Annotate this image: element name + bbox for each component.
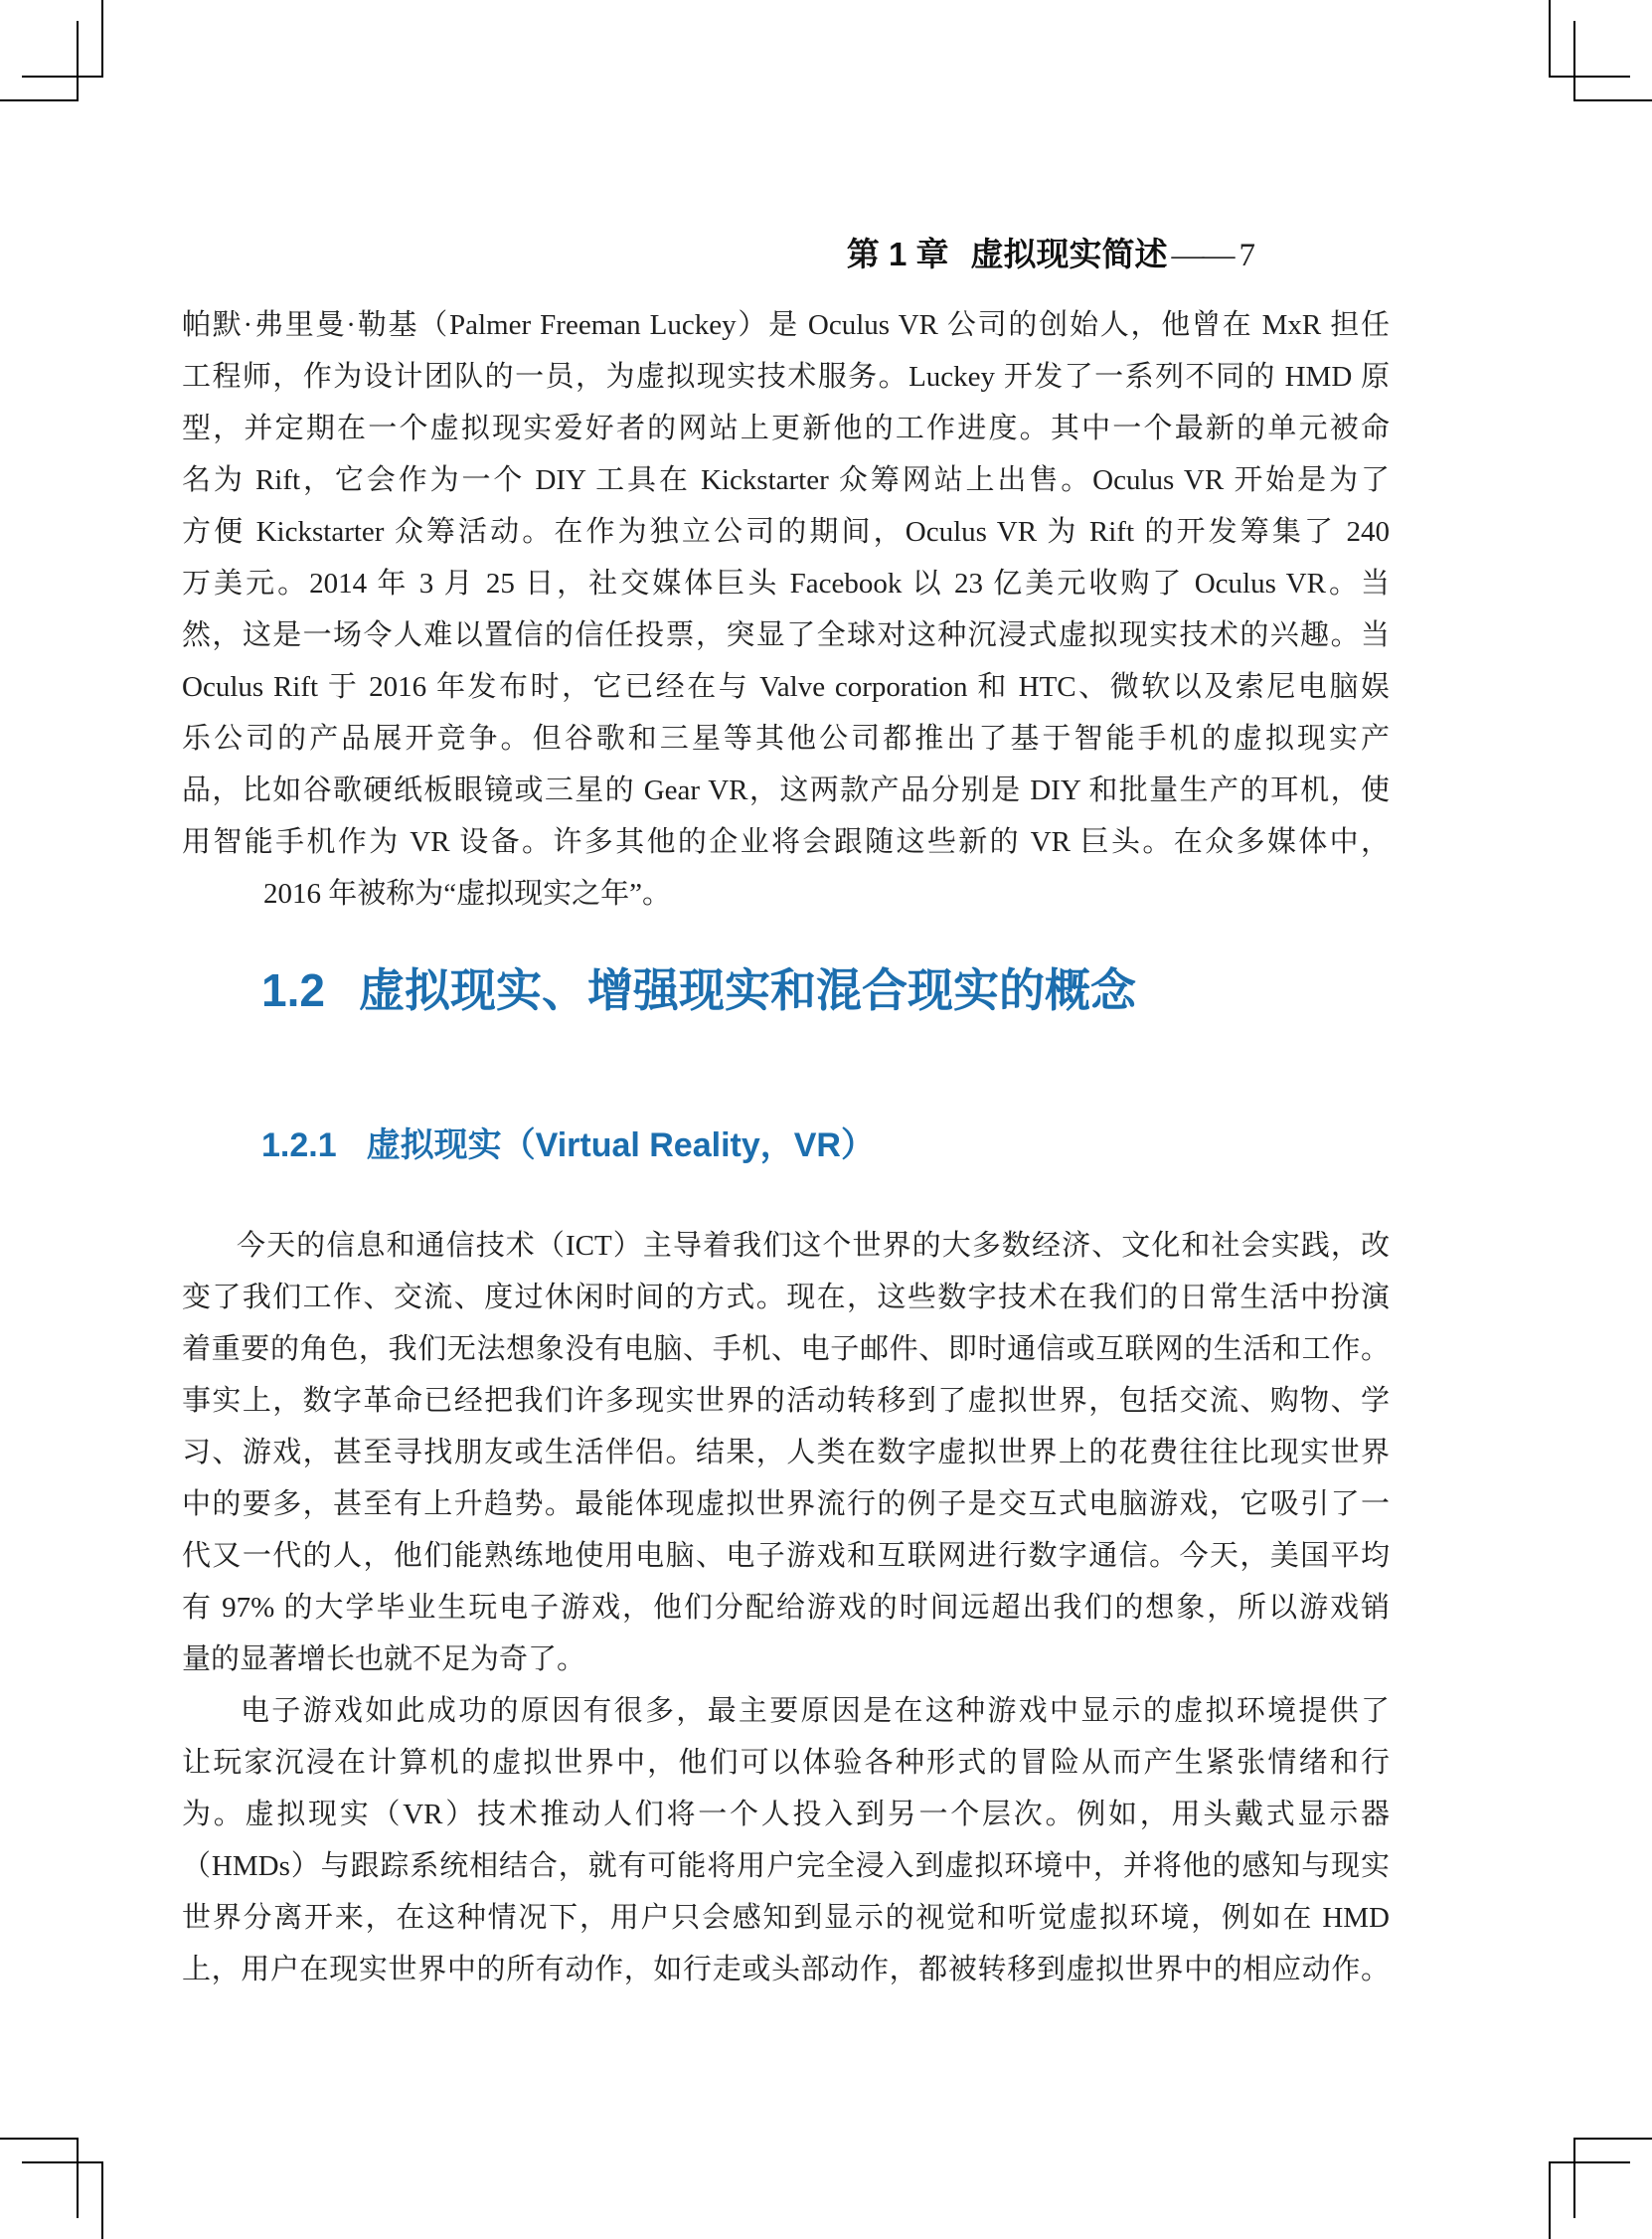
text-line: 然，这是一场令人难以置信的信任投票，突显了全球对这种沉浸式虚拟现实技术的兴趣。当 xyxy=(182,609,1390,661)
text-line: 有 97% 的大学毕业生玩电子游戏，他们分配给游戏的时间远超出我们的想象，所以游… xyxy=(182,1582,1390,1634)
text-line: 上，用户在现实世界中的所有动作，如行走或头部动作，都被转移到虚拟世界中的相应动作… xyxy=(182,1944,1390,1995)
subsection-title: 虚拟现实（Virtual Reality，VR） xyxy=(367,1126,875,1164)
section-heading: 1.2虚拟现实、增强现实和混合现实的概念 xyxy=(261,960,1136,1020)
text-line: （HMDs）与跟踪系统相结合，就有可能将用户完全浸入到虚拟环境中，并将他的感知与… xyxy=(182,1840,1390,1892)
text-line: 万美元。2014 年 3 月 25 日，社交媒体巨头 Facebook 以 23… xyxy=(182,558,1390,609)
text-line: 变了我们工作、交流、度过休闲时间的方式。现在，这些数字技术在我们的日常生活中扮演 xyxy=(182,1272,1390,1323)
text-line: 型，并定期在一个虚拟现实爱好者的网站上更新他的工作进度。其中一个最新的单元被命 xyxy=(182,403,1390,454)
text-line: 方便 Kickstarter 众筹活动。在作为独立公司的期间，Oculus VR… xyxy=(182,506,1390,558)
chapter-label: 第 1 章 xyxy=(847,236,949,272)
header-dash: —— xyxy=(1172,238,1234,273)
text-line: 工程师，作为设计团队的一员，为虚拟现实技术服务。Luckey 开发了一系列不同的… xyxy=(182,351,1390,403)
text-line: 2016 年被称为“虚拟现实之年”。 xyxy=(182,868,1390,920)
running-header: 第 1 章虚拟现实简述——7 xyxy=(847,233,1255,276)
text-line: 中的要多，甚至有上升趋势。最能体现虚拟世界流行的例子是交互式电脑游戏，它吸引了一 xyxy=(182,1478,1390,1530)
text-line: 习、游戏，甚至寻找朋友或生活伴侣。结果，人类在数字虚拟世界上的花费往往比现实世界 xyxy=(182,1427,1390,1478)
subsection-heading: 1.2.1虚拟现实（Virtual Reality，VR） xyxy=(261,1121,875,1169)
paragraph: 帕默·弗里曼·勒基（Palmer Freeman Luckey）是 Oculus… xyxy=(182,299,1390,920)
text-line: 品，比如谷歌硬纸板眼镜或三星的 Gear VR，这两款产品分别是 DIY 和批量… xyxy=(182,765,1390,816)
page-number: 7 xyxy=(1239,238,1256,273)
paragraph: 电子游戏如此成功的原因有很多，最主要原因是在这种游戏中显示的虚拟环境提供了让玩家… xyxy=(182,1685,1390,1995)
text-line: 帕默·弗里曼·勒基（Palmer Freeman Luckey）是 Oculus… xyxy=(182,299,1390,351)
text-line: 量的显著增长也就不足为奇了。 xyxy=(182,1634,1390,1685)
text-line: 世界分离开来，在这种情况下，用户只会感知到显示的视觉和听觉虚拟环境，例如在 HM… xyxy=(182,1892,1390,1944)
subsection-number: 1.2.1 xyxy=(261,1126,337,1164)
text-line: 着重要的角色，我们无法想象没有电脑、手机、电子邮件、即时通信或互联网的生活和工作… xyxy=(182,1323,1390,1375)
text-line: 代又一代的人，他们能熟练地使用电脑、电子游戏和互联网进行数字通信。今天，美国平均 xyxy=(182,1530,1390,1582)
book-page: 第 1 章虚拟现实简述——7 帕默·弗里曼·勒基（Palmer Freeman … xyxy=(0,0,1652,2239)
section-title: 虚拟现实、增强现实和混合现实的概念 xyxy=(359,964,1136,1016)
text-line: 今天的信息和通信技术（ICT）主导着我们这个世界的大多数经济、文化和社会实践，改 xyxy=(182,1220,1390,1272)
text-line: 为。虚拟现实（VR）技术推动人们将一个人投入到另一个层次。例如，用头戴式显示器 xyxy=(182,1789,1390,1840)
text-line: 用智能手机作为 VR 设备。许多其他的企业将会跟随这些新的 VR 巨头。在众多媒… xyxy=(182,816,1390,868)
chapter-title: 虚拟现实简述 xyxy=(971,236,1168,272)
text-line: 乐公司的产品展开竞争。但谷歌和三星等其他公司都推出了基于智能手机的虚拟现实产 xyxy=(182,713,1390,765)
paragraph: 今天的信息和通信技术（ICT）主导着我们这个世界的大多数经济、文化和社会实践，改… xyxy=(182,1220,1390,1685)
text-line: 名为 Rift，它会作为一个 DIY 工具在 Kickstarter 众筹网站上… xyxy=(182,454,1390,506)
text-line: 让玩家沉浸在计算机的虚拟世界中，他们可以体验各种形式的冒险从而产生紧张情绪和行 xyxy=(182,1737,1390,1789)
section-number: 1.2 xyxy=(261,964,325,1016)
text-line: 电子游戏如此成功的原因有很多，最主要原因是在这种游戏中显示的虚拟环境提供了 xyxy=(182,1685,1390,1737)
text-line: Oculus Rift 于 2016 年发布时，它已经在与 Valve corp… xyxy=(182,661,1390,713)
text-line: 事实上，数字革命已经把我们许多现实世界的活动转移到了虚拟世界，包括交流、购物、学 xyxy=(182,1375,1390,1427)
